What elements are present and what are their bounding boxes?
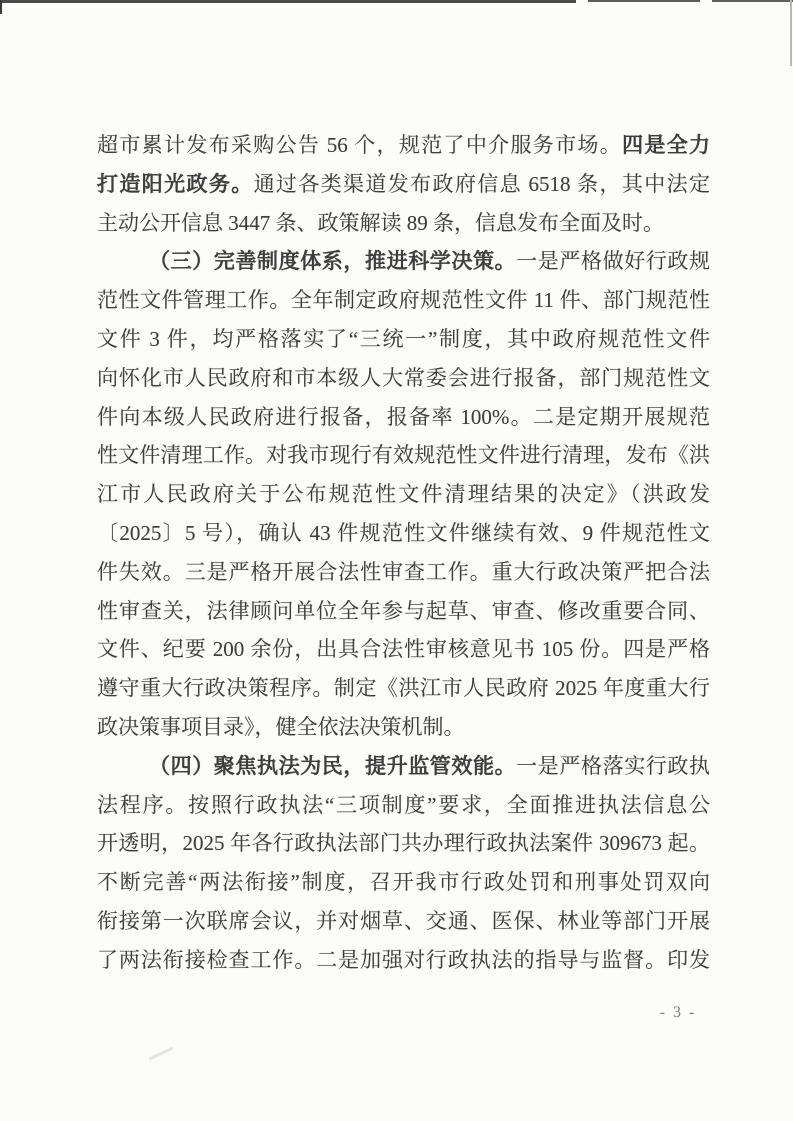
text-segment: 性文件清理工作。对我市现行有效规范性文件进行清理，发布《洪 xyxy=(97,443,710,467)
text-line-3: 主动公开信息 3447 条、政策解读 89 条，信息发布全面及时。 xyxy=(97,204,710,243)
text-line-5: 范性文件管理工作。全年制定政府规范性文件 11 件、部门规范性 xyxy=(97,281,710,320)
text-segment: 通过各类渠道发布政府信息 6518 条，其中法定 xyxy=(254,172,710,196)
text-line-15: 遵守重大行政决策程序。制定《洪江市人民政府 2025 年度重大行 xyxy=(97,669,710,708)
scan-edge-line-top-right xyxy=(712,0,793,2)
text-segment: 向怀化市人民政府和市本级人大常委会进行报备，部门规范性文 xyxy=(97,366,710,390)
bold-text-segment: 四是全力 xyxy=(622,133,710,157)
text-line-9: 性文件清理工作。对我市现行有效规范性文件进行清理，发布《洪 xyxy=(97,436,710,475)
text-segment: 遵守重大行政决策程序。制定《洪江市人民政府 2025 年度重大行 xyxy=(97,676,710,700)
bold-text-segment: 打造阳光政务。 xyxy=(97,172,254,196)
text-segment: 件向本级人民政府进行报备，报备率 100%。二是定期开展规范 xyxy=(97,405,710,429)
scan-edge-mark-right xyxy=(790,0,792,66)
document-text: 超市累计发布采购公告 56 个，规范了中介服务市场。四是全力打造阳光政务。通过各… xyxy=(97,126,710,980)
text-segment: 衔接第一次联席会议，并对烟草、交通、医保、林业等部门开展 xyxy=(97,909,710,933)
text-line-8: 件向本级人民政府进行报备，报备率 100%。二是定期开展规范 xyxy=(97,398,710,437)
scan-edge-line-top-left xyxy=(0,0,576,3)
bold-text-segment: （三）完善制度体系，推进科学决策。 xyxy=(149,249,516,273)
text-segment: 文件 3 件，均严格落实了“三统一”制度，其中政府规范性文件 xyxy=(97,327,710,351)
text-line-21: 衔接第一次联席会议，并对烟草、交通、医保、林业等部门开展 xyxy=(97,902,710,941)
text-segment: 〔2025〕5 号），确认 43 件规范性文件继续有效、9 件规范性文 xyxy=(97,521,710,545)
text-segment: 法程序。按照行政执法“三项制度”要求，全面推进执法信息公 xyxy=(97,793,710,817)
text-line-14: 文件、纪要 200 余份，出具合法性审核意见书 105 份。四是严格 xyxy=(97,630,710,669)
text-line-10: 江市人民政府关于公布规范性文件清理结果的决定》（洪政发 xyxy=(97,475,710,514)
text-segment: 主动公开信息 3447 条、政策解读 89 条，信息发布全面及时。 xyxy=(97,211,664,235)
text-line-12: 件失效。三是严格开展合法性审查工作。重大行政决策严把合法 xyxy=(97,553,710,592)
text-segment: 政决策事项目录》，健全依法决策机制。 xyxy=(97,715,465,739)
text-segment: 一是严格落实行政执 xyxy=(516,754,710,778)
text-line-11: 〔2025〕5 号），确认 43 件规范性文件继续有效、9 件规范性文 xyxy=(97,514,710,553)
text-segment: 不断完善“两法衔接”制度，召开我市行政处罚和刑事处罚双向 xyxy=(97,870,710,894)
text-segment: 件失效。三是严格开展合法性审查工作。重大行政决策严把合法 xyxy=(97,560,710,584)
text-segment: 文件、纪要 200 余份，出具合法性审核意见书 105 份。四是严格 xyxy=(97,637,710,661)
text-line-6: 文件 3 件，均严格落实了“三统一”制度，其中政府规范性文件 xyxy=(97,320,710,359)
text-segment: 了两法衔接检查工作。二是加强对行政执法的指导与监督。印发 xyxy=(97,948,710,972)
text-line-7: 向怀化市人民政府和市本级人大常委会进行报备，部门规范性文 xyxy=(97,359,710,398)
scan-smudge xyxy=(149,1047,174,1061)
scan-edge-line-top-middle xyxy=(588,0,700,2)
text-segment: 一是严格做好行政规 xyxy=(516,249,710,273)
text-segment: 范性文件管理工作。全年制定政府规范性文件 11 件、部门规范性 xyxy=(97,288,710,312)
text-line-1: 超市累计发布采购公告 56 个，规范了中介服务市场。四是全力 xyxy=(97,126,710,165)
text-line-18: 法程序。按照行政执法“三项制度”要求，全面推进执法信息公 xyxy=(97,786,710,825)
text-segment: 开透明，2025 年各行政执法部门共办理行政执法案件 309673 起。 xyxy=(97,831,710,855)
text-line-13: 性审查关，法律顾问单位全年参与起草、审查、修改重要合同、 xyxy=(97,592,710,631)
scan-edge-mark-left xyxy=(0,0,2,14)
text-line-19: 开透明，2025 年各行政执法部门共办理行政执法案件 309673 起。 xyxy=(97,824,710,863)
scanned-document-page: 超市累计发布采购公告 56 个，规范了中介服务市场。四是全力打造阳光政务。通过各… xyxy=(0,0,793,1121)
text-segment: 江市人民政府关于公布规范性文件清理结果的决定》（洪政发 xyxy=(97,482,710,506)
text-line-22: 了两法衔接检查工作。二是加强对行政执法的指导与监督。印发 xyxy=(97,941,710,980)
text-line-17: （四）聚焦执法为民，提升监管效能。一是严格落实行政执 xyxy=(97,747,710,786)
text-line-4: （三）完善制度体系，推进科学决策。一是严格做好行政规 xyxy=(97,242,710,281)
text-line-20: 不断完善“两法衔接”制度，召开我市行政处罚和刑事处罚双向 xyxy=(97,863,710,902)
bold-text-segment: （四）聚焦执法为民，提升监管效能。 xyxy=(149,754,516,778)
text-line-2: 打造阳光政务。通过各类渠道发布政府信息 6518 条，其中法定 xyxy=(97,165,710,204)
page-number: - 3 - xyxy=(643,1002,713,1024)
text-segment: 性审查关，法律顾问单位全年参与起草、审查、修改重要合同、 xyxy=(97,599,710,623)
text-line-16: 政决策事项目录》，健全依法决策机制。 xyxy=(97,708,710,747)
text-segment: 超市累计发布采购公告 56 个，规范了中介服务市场。 xyxy=(97,133,622,157)
